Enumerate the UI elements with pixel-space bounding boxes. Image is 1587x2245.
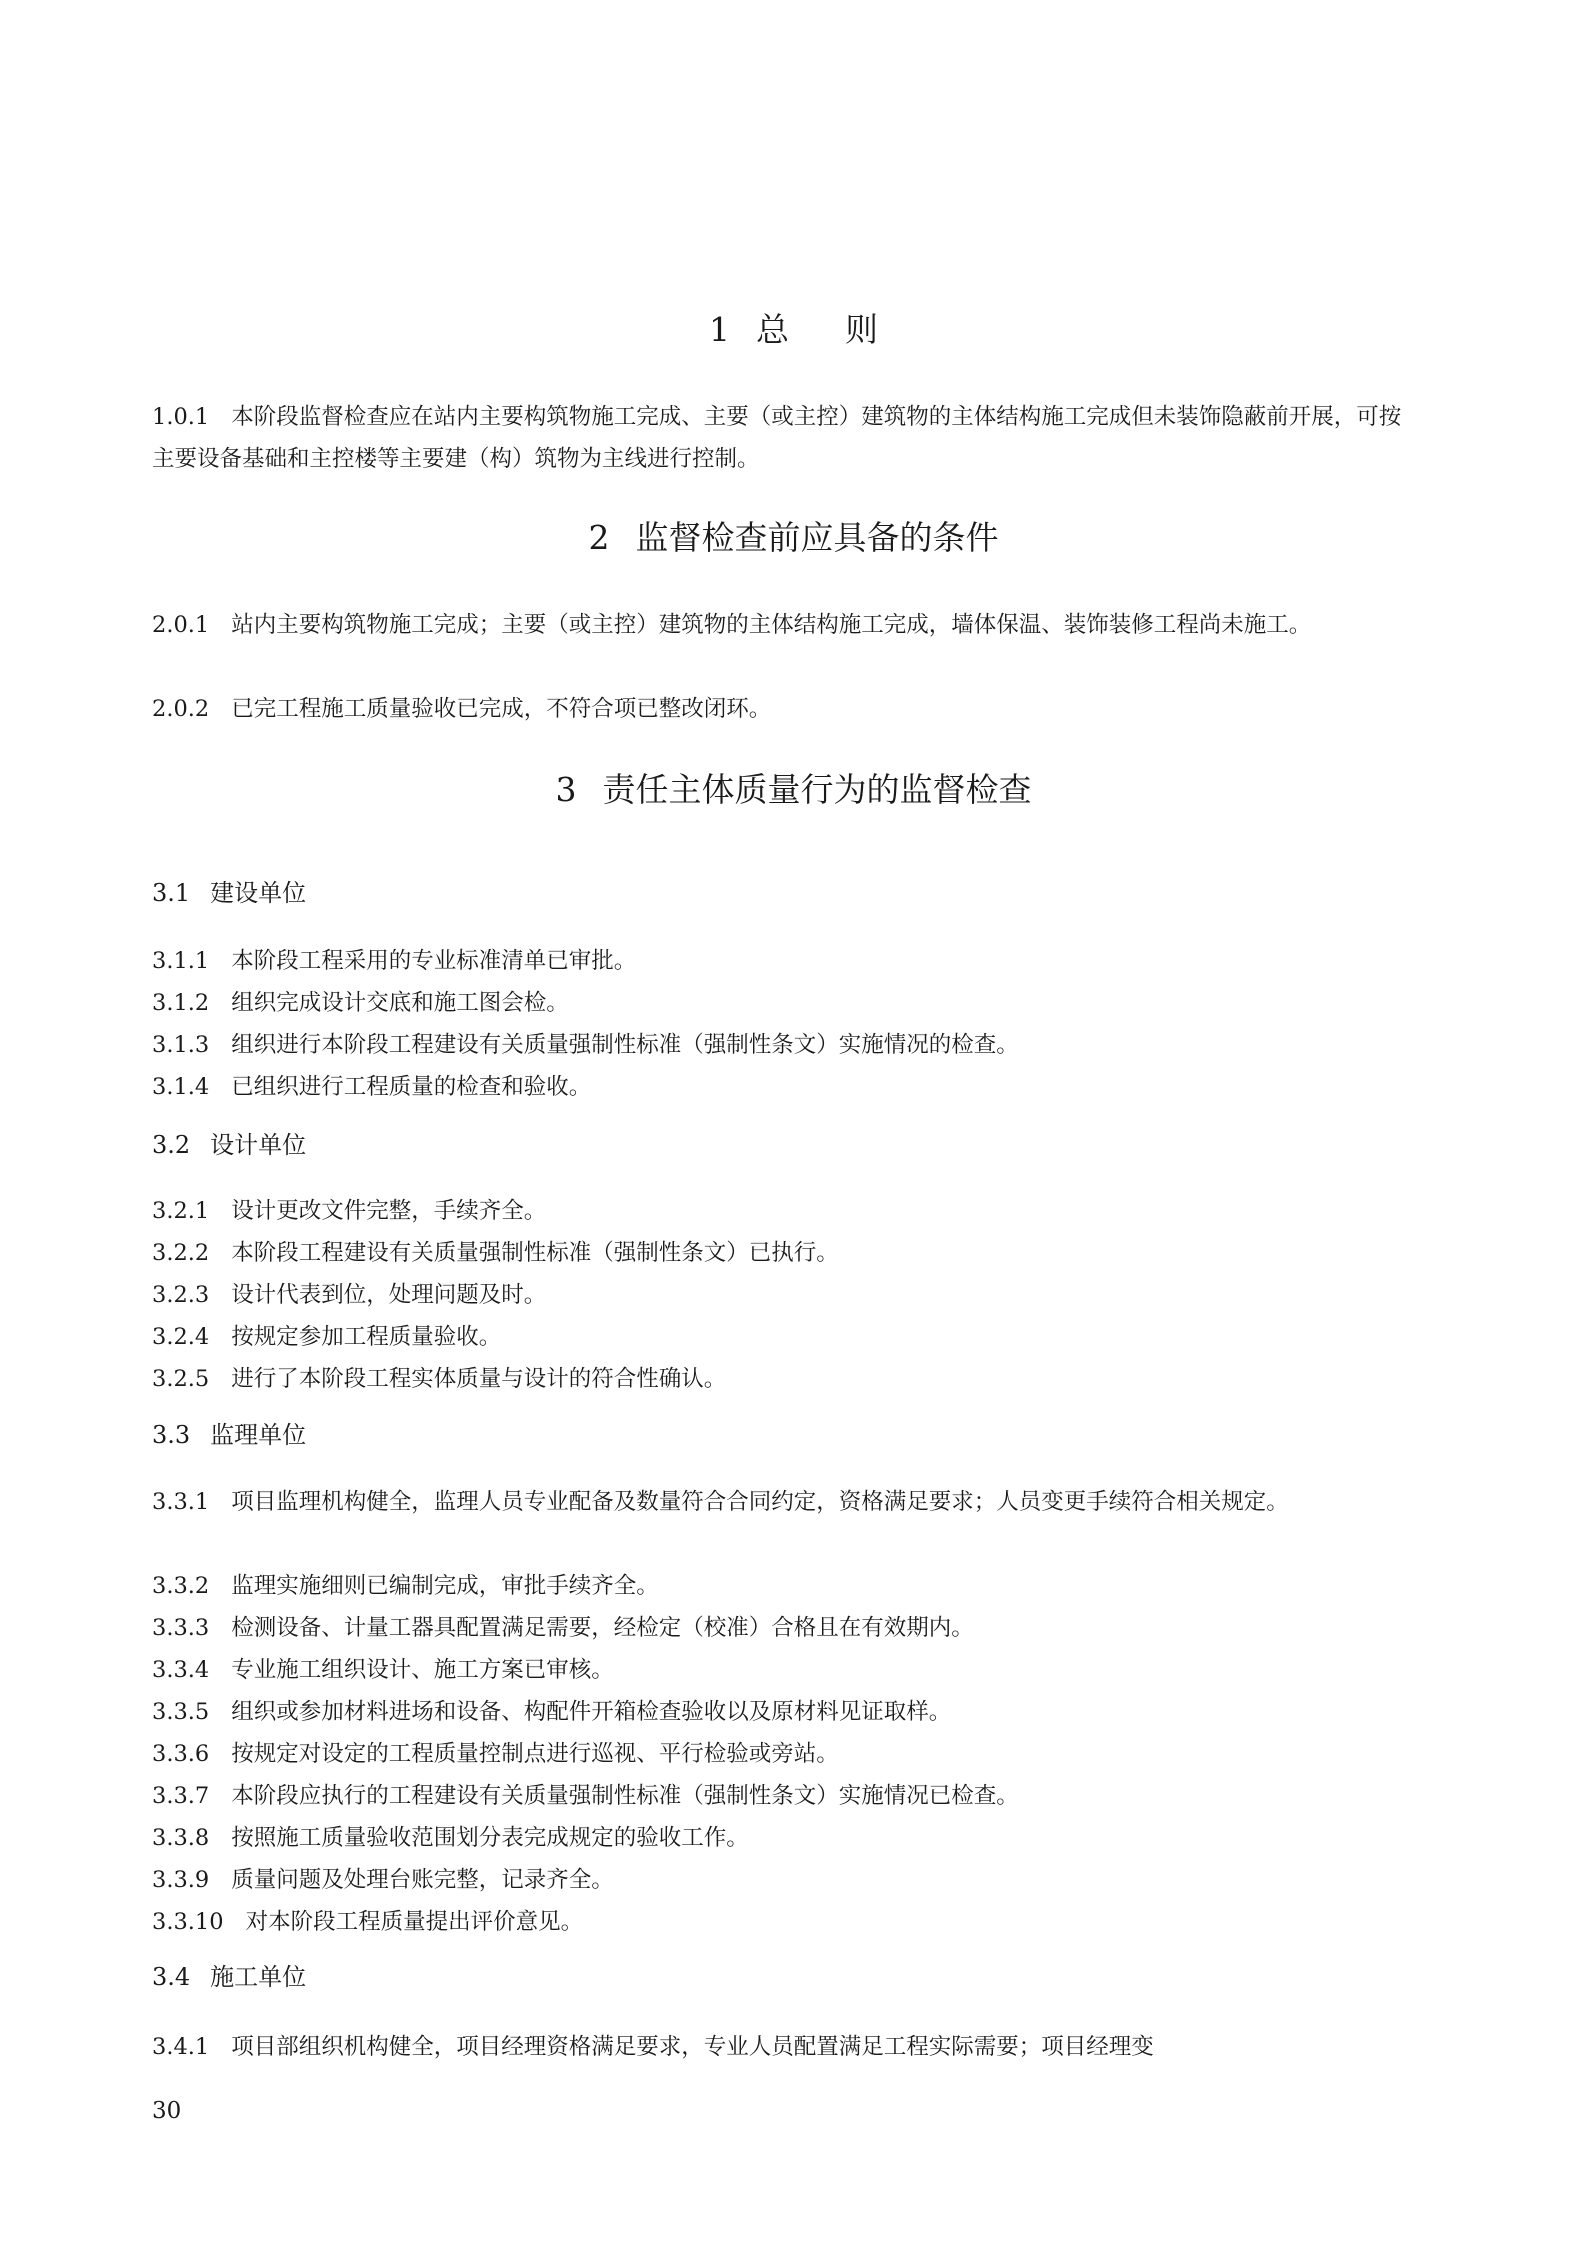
clause-3-3-4: 3.3.4专业施工组织设计、施工方案已审核。 (152, 1649, 1417, 1691)
clause-3-3-8: 3.3.8按照施工质量验收范围划分表完成规定的验收工作。 (152, 1817, 1417, 1859)
page-number: 30 (152, 2098, 181, 2124)
clause-3-2-3: 3.2.3设计代表到位，处理问题及时。 (152, 1274, 1417, 1316)
clause-text: 站内主要构筑物施工完成；主要（或主控）建筑物的主体结构施工完成，墙体保温、装饰装… (231, 612, 1311, 638)
section-number: 3 (556, 770, 577, 809)
section-title: 监督检查前应具备的条件 (636, 518, 999, 557)
section-number: 2 (589, 518, 610, 557)
clause-3-3-6: 3.3.6按规定对设定的工程质量控制点进行巡视、平行检验或旁站。 (152, 1733, 1417, 1775)
clause-number: 2.0.1 (152, 612, 209, 638)
section-2-heading: 2监督检查前应具备的条件 (0, 518, 1587, 558)
document-page: 1总则 1.0.1本阶段监督检查应在站内主要构筑物施工完成、主要（或主控）建筑物… (0, 0, 1587, 2245)
section-number: 1 (709, 310, 730, 349)
subsection-3-3-heading: 3.3监理单位 (152, 1420, 306, 1450)
clause-text: 已完工程施工质量验收已完成，不符合项已整改闭环。 (231, 696, 771, 722)
clause-3-2-4: 3.2.4按规定参加工程质量验收。 (152, 1316, 1417, 1358)
clause-3-1-2: 3.1.2组织完成设计交底和施工图会检。 (152, 982, 1417, 1024)
subsection-3-4-heading: 3.4施工单位 (152, 1962, 306, 1992)
clause-3-2-2: 3.2.2本阶段工程建设有关质量强制性标准（强制性条文）已执行。 (152, 1232, 1417, 1274)
clause-3-1-4: 3.1.4已组织进行工程质量的检查和验收。 (152, 1066, 1417, 1108)
clause-3-3-9: 3.3.9质量问题及处理台账完整，记录齐全。 (152, 1859, 1417, 1901)
clause-3-4-1: 3.4.1项目部组织机构健全，项目经理资格满足要求，专业人员配置满足工程实际需要… (152, 2026, 1417, 2068)
clause-3-2-5: 3.2.5进行了本阶段工程实体质量与设计的符合性确认。 (152, 1358, 1417, 1400)
clause-2-0-2: 2.0.2已完工程施工质量验收已完成，不符合项已整改闭环。 (152, 688, 1417, 730)
clause-3-1-1: 3.1.1本阶段工程采用的专业标准清单已审批。 (152, 940, 1417, 982)
clause-3-3-3: 3.3.3检测设备、计量工器具配置满足需要，经检定（校准）合格且在有效期内。 (152, 1607, 1417, 1649)
clause-3-1-3: 3.1.3组织进行本阶段工程建设有关质量强制性标准（强制性条文）实施情况的检查。 (152, 1024, 1417, 1066)
clause-3-3-5: 3.3.5组织或参加材料进场和设备、构配件开箱检查验收以及原材料见证取样。 (152, 1691, 1417, 1733)
clause-1-0-1: 1.0.1本阶段监督检查应在站内主要构筑物施工完成、主要（或主控）建筑物的主体结… (152, 396, 1417, 480)
clause-3-3-2: 3.3.2监理实施细则已编制完成，审批手续齐全。 (152, 1565, 1417, 1607)
clause-number: 1.0.1 (152, 404, 209, 430)
section-title: 责任主体质量行为的监督检查 (603, 770, 1032, 809)
clause-3-3-7: 3.3.7本阶段应执行的工程建设有关质量强制性标准（强制性条文）实施情况已检查。 (152, 1775, 1417, 1817)
subsection-3-2-heading: 3.2设计单位 (152, 1130, 306, 1160)
clause-text: 本阶段监督检查应在站内主要构筑物施工完成、主要（或主控）建筑物的主体结构施工完成… (152, 404, 1401, 472)
section-3-heading: 3责任主体质量行为的监督检查 (0, 770, 1587, 810)
subsection-3-1-heading: 3.1建设单位 (152, 878, 306, 908)
clause-3-2-1: 3.2.1设计更改文件完整，手续齐全。 (152, 1190, 1417, 1232)
clause-2-0-1: 2.0.1站内主要构筑物施工完成；主要（或主控）建筑物的主体结构施工完成，墙体保… (152, 604, 1417, 646)
section-title: 总则 (756, 310, 934, 349)
clause-3-3-1: 3.3.1项目监理机构健全，监理人员专业配备及数量符合合同约定，资格满足要求；人… (152, 1481, 1417, 1523)
clause-number: 2.0.2 (152, 696, 209, 722)
clause-3-3-10: 3.3.10对本阶段工程质量提出评价意见。 (152, 1901, 1417, 1943)
section-1-heading: 1总则 (0, 310, 1587, 350)
